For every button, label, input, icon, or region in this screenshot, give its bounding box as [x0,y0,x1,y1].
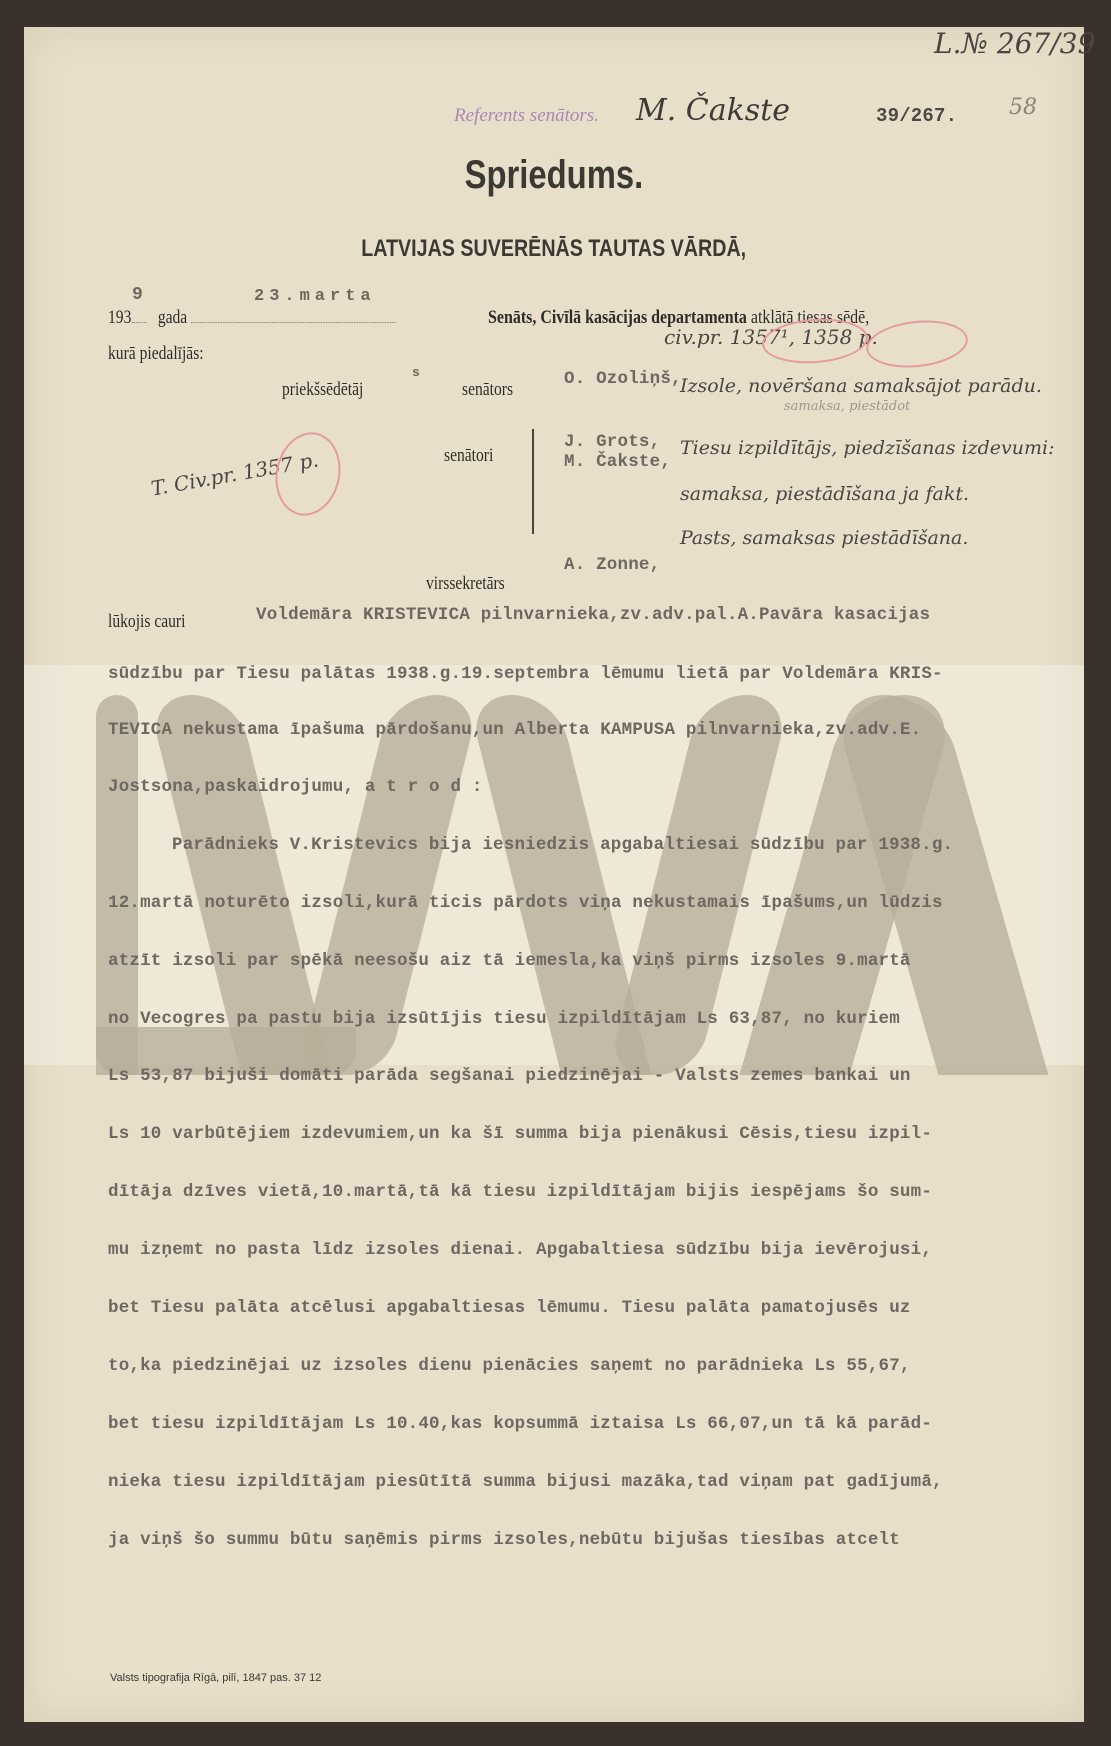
printer-footer: Valsts tipografija Rīgā, pilī, 1847 pas.… [110,1672,321,1684]
document-title: Spriedums. [24,153,1084,198]
day-month: 23.marta [254,287,376,306]
body-line: to,ka piedzinējai uz izsoles dienu pienā… [108,1356,911,1376]
chair-name: O. Ozoliņš, [564,369,682,389]
body-line: Jostsona,paskaidrojumu, a t r o d : [108,777,483,797]
gada-label: gada [158,307,187,328]
archive-reference: L.№ 267/39 [934,27,1095,60]
handwritten-note: Izsole, novēršana samaksājot parādu. [680,375,1042,397]
referent-signature: M. Čakste [636,93,790,128]
watermark-text: LVA [24,627,1084,628]
secretary-label: virssekretārs [426,573,522,595]
year-suffix: 9 [132,285,143,305]
date-line: 193 gada [108,307,459,329]
body-line: Voldemāra KRISTEVICA pilnvarnieka,zv.adv… [256,605,930,625]
senator-name: M. Čakste, [564,452,671,472]
red-circle-left [268,426,348,521]
handwritten-note: samaksa, piestādīšana ja fakt. [680,483,969,505]
body-line: sūdzību par Tiesu palātas 1938.g.19.sept… [108,664,943,684]
handwritten-note: Tiesu izpildītājs, piedzīšanas izdevumi: [680,437,1054,459]
case-number: 39/267. [876,105,957,127]
referent-stamp: Referents senātors. [454,105,599,127]
page-number: 58 [1009,95,1037,120]
chair-role: senātors [462,379,524,401]
document-subtitle: LATVIJAS SUVERĒNĀS TAUTAS VĀRDĀ, [24,235,1084,263]
body-line: bet tiesu izpildītājam Ls 10.40,kas kops… [108,1414,932,1434]
body-line: no Vecogres pa pastu bija izsūtījis ties… [108,1009,900,1029]
body-line: nieka tiesu izpildītājam piesūtītā summa… [108,1472,943,1492]
title-text: Spriedums. [465,153,644,198]
body-line: Parādnieks V.Kristevics bija iesniedzis … [172,835,953,855]
body-line: Ls 10 varbūtējiem izdevumiem,un ka šī su… [108,1124,932,1144]
subtitle-text: LATVIJAS SUVERĒNĀS TAUTAS VĀRDĀ, [362,235,747,263]
body-line: dītāja dzīves vietā,10.martā,tā kā tiesu… [108,1182,932,1202]
document-page: L.№ 267/39 Referents senātors. M. Čakste… [24,27,1084,1722]
handwritten-note: samaksa, piestādot [784,399,910,414]
chair-label-suffix: s [412,365,420,380]
body-line: ja viņš šo summu būtu saņēmis pirms izso… [108,1530,900,1550]
year-prefix: 193 [108,307,131,328]
secretary-name: A. Zonne, [564,555,660,575]
body-line: atzīt izsoli par spēkā neesošu aiz tā ie… [108,951,911,971]
reviewed-label: lūkojis cauri [108,611,202,633]
chair-label: priekšsēdētāj [282,379,381,401]
body-line: 12.martā noturēto izsoli,kurā ticis pārd… [108,893,943,913]
handwritten-note: Pasts, samaksas piestādīšana. [680,527,968,549]
senators-brace [532,429,534,534]
body-line: mu izņemt no pasta līdz izsoles dienai. … [108,1240,932,1260]
body-line: Ls 53,87 bijuši domāti parāda segšanai p… [108,1066,911,1086]
body-line: TEVICA nekustama īpašuma pārdošanu,un Al… [108,720,921,740]
participants-label: kurā piedalījās: [108,343,225,365]
body-line: bet Tiesu palāta atcēlusi apgabaltiesas … [108,1298,911,1318]
senators-label: senātori [444,445,504,467]
senator-name: J. Grots, [564,432,660,452]
